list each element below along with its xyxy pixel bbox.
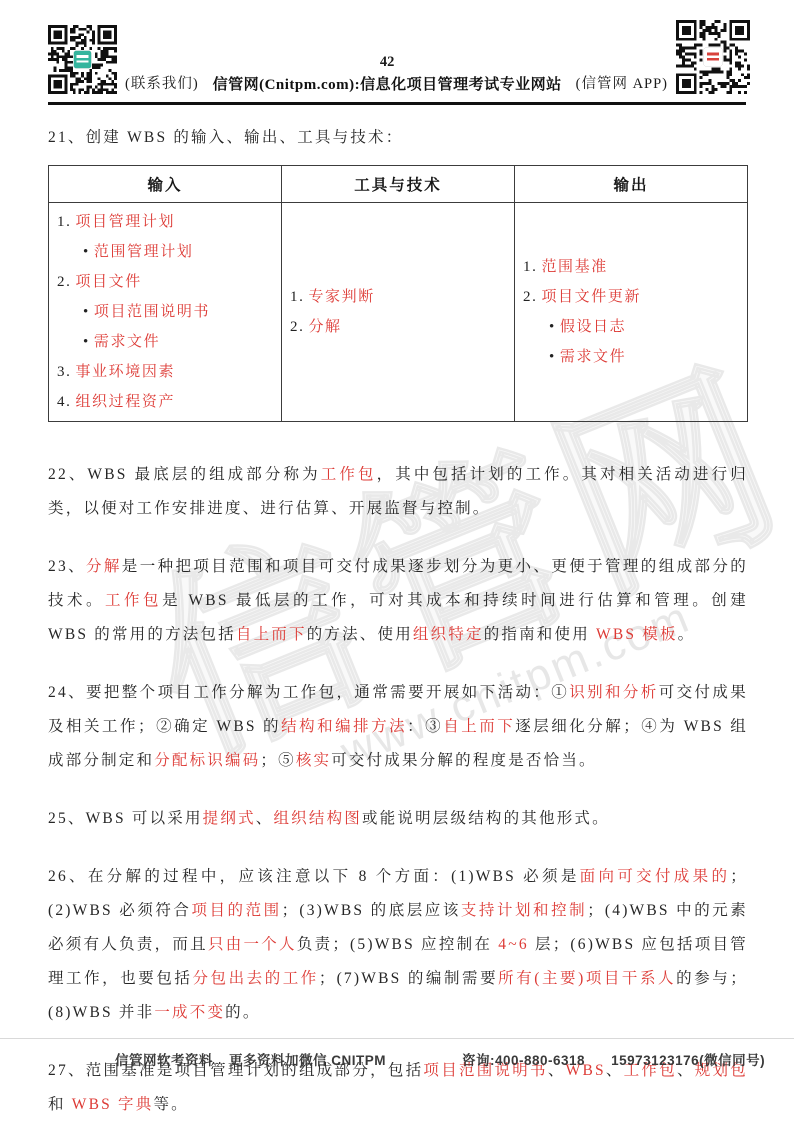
site-title: 信管网(Cnitpm.com):信息化项目管理考试专业网站 <box>207 73 568 94</box>
cell-tools: 1.专家判断2.分解 <box>282 203 515 422</box>
column-header-tools: 工具与技术 <box>282 166 515 203</box>
table-list-item: 1.范围基准 <box>523 252 739 282</box>
table-list-item: •需求文件 <box>523 342 739 372</box>
footer-brand-text: 信管网软考资料 <box>115 1049 213 1069</box>
paragraph-25: 25、WBS 可以采用提纲式、组织结构图或能说明层级结构的其他形式。 <box>48 802 748 836</box>
table-list-item: 2.项目文件更新 <box>523 282 739 312</box>
paragraph-24: 24、要把整个项目工作分解为工作包，通常需要开展如下活动：①识别和分析可交付成果… <box>48 676 748 778</box>
item-21-heading: 21、创建 WBS 的输入、输出、工具与技术： <box>48 121 748 155</box>
table-list-item: •项目范围说明书 <box>57 297 273 327</box>
contact-us-label: (联系我们) <box>117 72 207 94</box>
table-body-row: 1.项目管理计划•范围管理计划2.项目文件•项目范围说明书•需求文件3.事业环境… <box>49 203 748 422</box>
footer-wechat-text: 更多资料加微信 CNITPM <box>229 1049 386 1069</box>
column-header-output: 输出 <box>515 166 748 203</box>
table-list-item: 4.组织过程资产 <box>57 387 273 417</box>
header-divider <box>48 102 746 105</box>
table-list-item: 2.分解 <box>290 312 506 342</box>
cell-outputs: 1.范围基准2.项目文件更新•假设日志•需求文件 <box>515 203 748 422</box>
app-label: (信管网 APP) <box>568 72 676 94</box>
table-list-item: 2.项目文件 <box>57 267 273 297</box>
page-footer: 信管网软考资料 更多资料加微信 CNITPM 咨询:400-880-6318 1… <box>0 1038 794 1069</box>
contact-qr-code <box>48 25 117 94</box>
table-list-item: 1.项目管理计划 <box>57 207 273 237</box>
footer-phone-text: 15973123176(微信同号) <box>611 1049 765 1069</box>
app-qr-code <box>676 20 750 94</box>
paragraph-26: 26、在分解的过程中，应该注意以下 8 个方面：(1)WBS 必须是面向可交付成… <box>48 860 748 1030</box>
wbs-itto-table: 输入 工具与技术 输出 1.项目管理计划•范围管理计划2.项目文件•项目范围说明… <box>48 165 748 422</box>
table-header-row: 输入 工具与技术 输出 <box>49 166 748 203</box>
paragraph-23: 23、分解是一种把项目范围和项目可交付成果逐步划分为更小、更便于管理的组成部分的… <box>48 550 748 652</box>
table-list-item: •范围管理计划 <box>57 237 273 267</box>
qr-code-image <box>48 25 117 94</box>
header-center: 42 信管网(Cnitpm.com):信息化项目管理考试专业网站 <box>207 54 568 94</box>
table-list-item: •需求文件 <box>57 327 273 357</box>
table-list-item: 3.事业环境因素 <box>57 357 273 387</box>
table-list-item: 1.专家判断 <box>290 282 506 312</box>
column-header-input: 输入 <box>49 166 282 203</box>
document-page: 信管网 www.cnitpm.com (联系我们) 42 信管网(Cnitpm.… <box>0 0 794 1123</box>
qr-code-image <box>676 20 750 94</box>
document-body: 21、创建 WBS 的输入、输出、工具与技术： 输入 工具与技术 输出 1.项目… <box>0 121 794 1122</box>
cell-inputs: 1.项目管理计划•范围管理计划2.项目文件•项目范围说明书•需求文件3.事业环境… <box>49 203 282 422</box>
table-list-item: •假设日志 <box>523 312 739 342</box>
footer-hotline-text: 咨询:400-880-6318 <box>462 1049 585 1069</box>
page-number: 42 <box>207 54 568 71</box>
paragraph-22: 22、WBS 最底层的组成部分称为工作包，其中包括计划的工作。其对相关活动进行归… <box>48 458 748 526</box>
page-header: (联系我们) 42 信管网(Cnitpm.com):信息化项目管理考试专业网站 … <box>0 0 794 102</box>
